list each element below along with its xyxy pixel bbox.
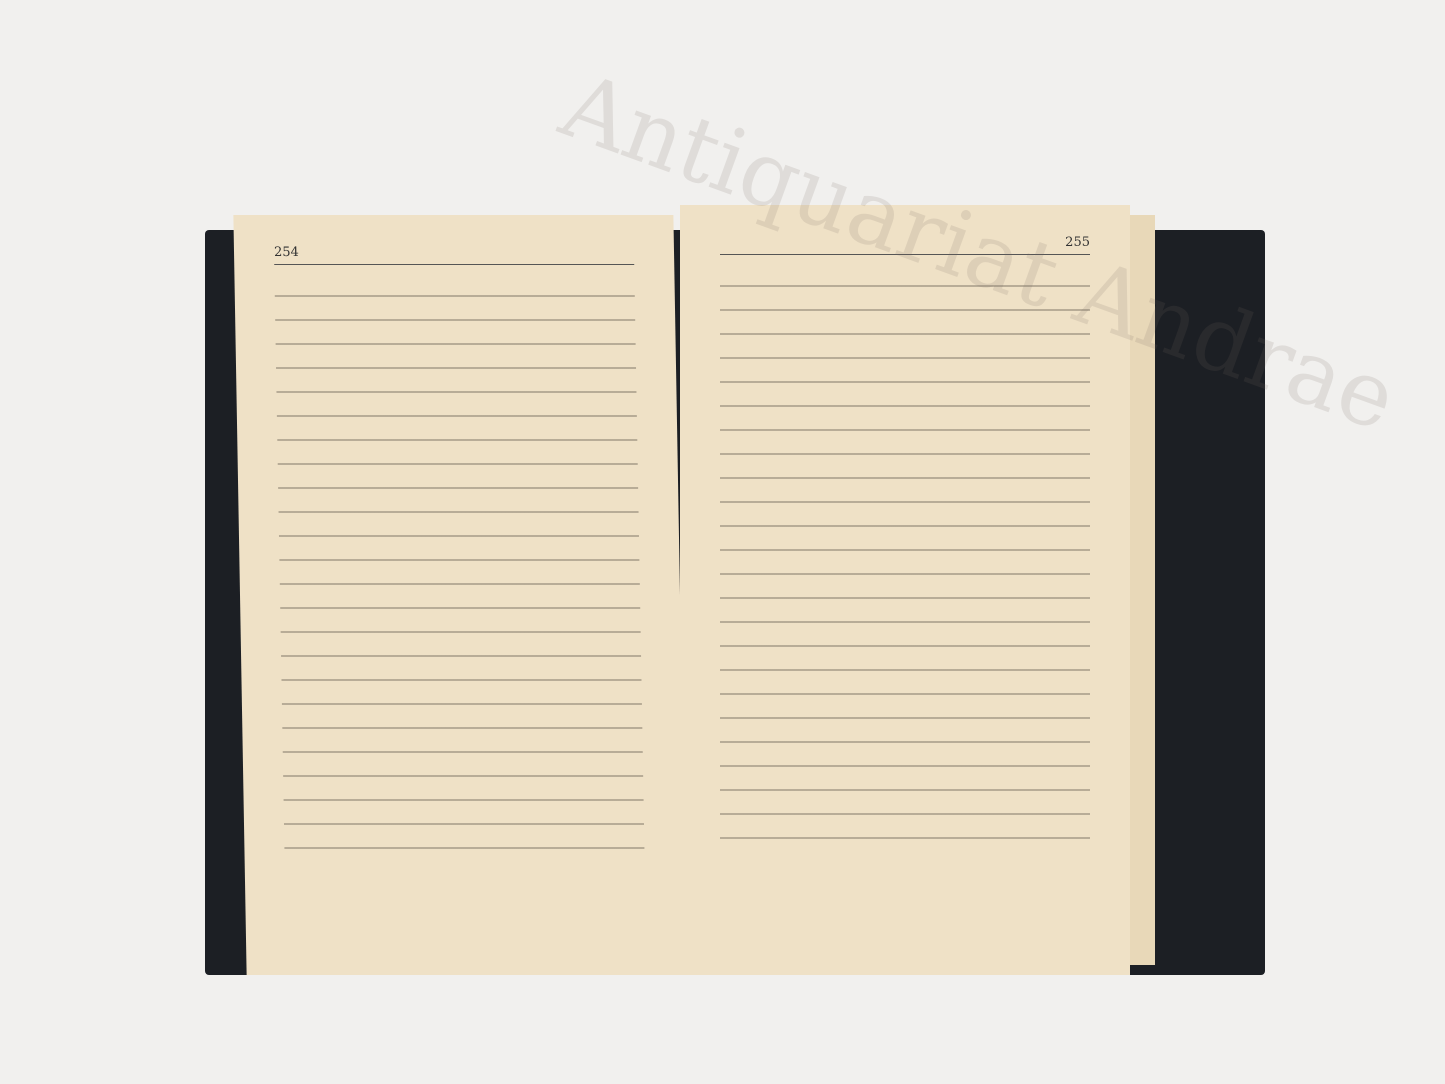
page-number: 254: [274, 245, 299, 260]
left-page: 254: [233, 215, 686, 975]
left-page-header: 254: [274, 245, 634, 265]
text-block: [720, 275, 1090, 855]
text-block: [275, 285, 645, 855]
